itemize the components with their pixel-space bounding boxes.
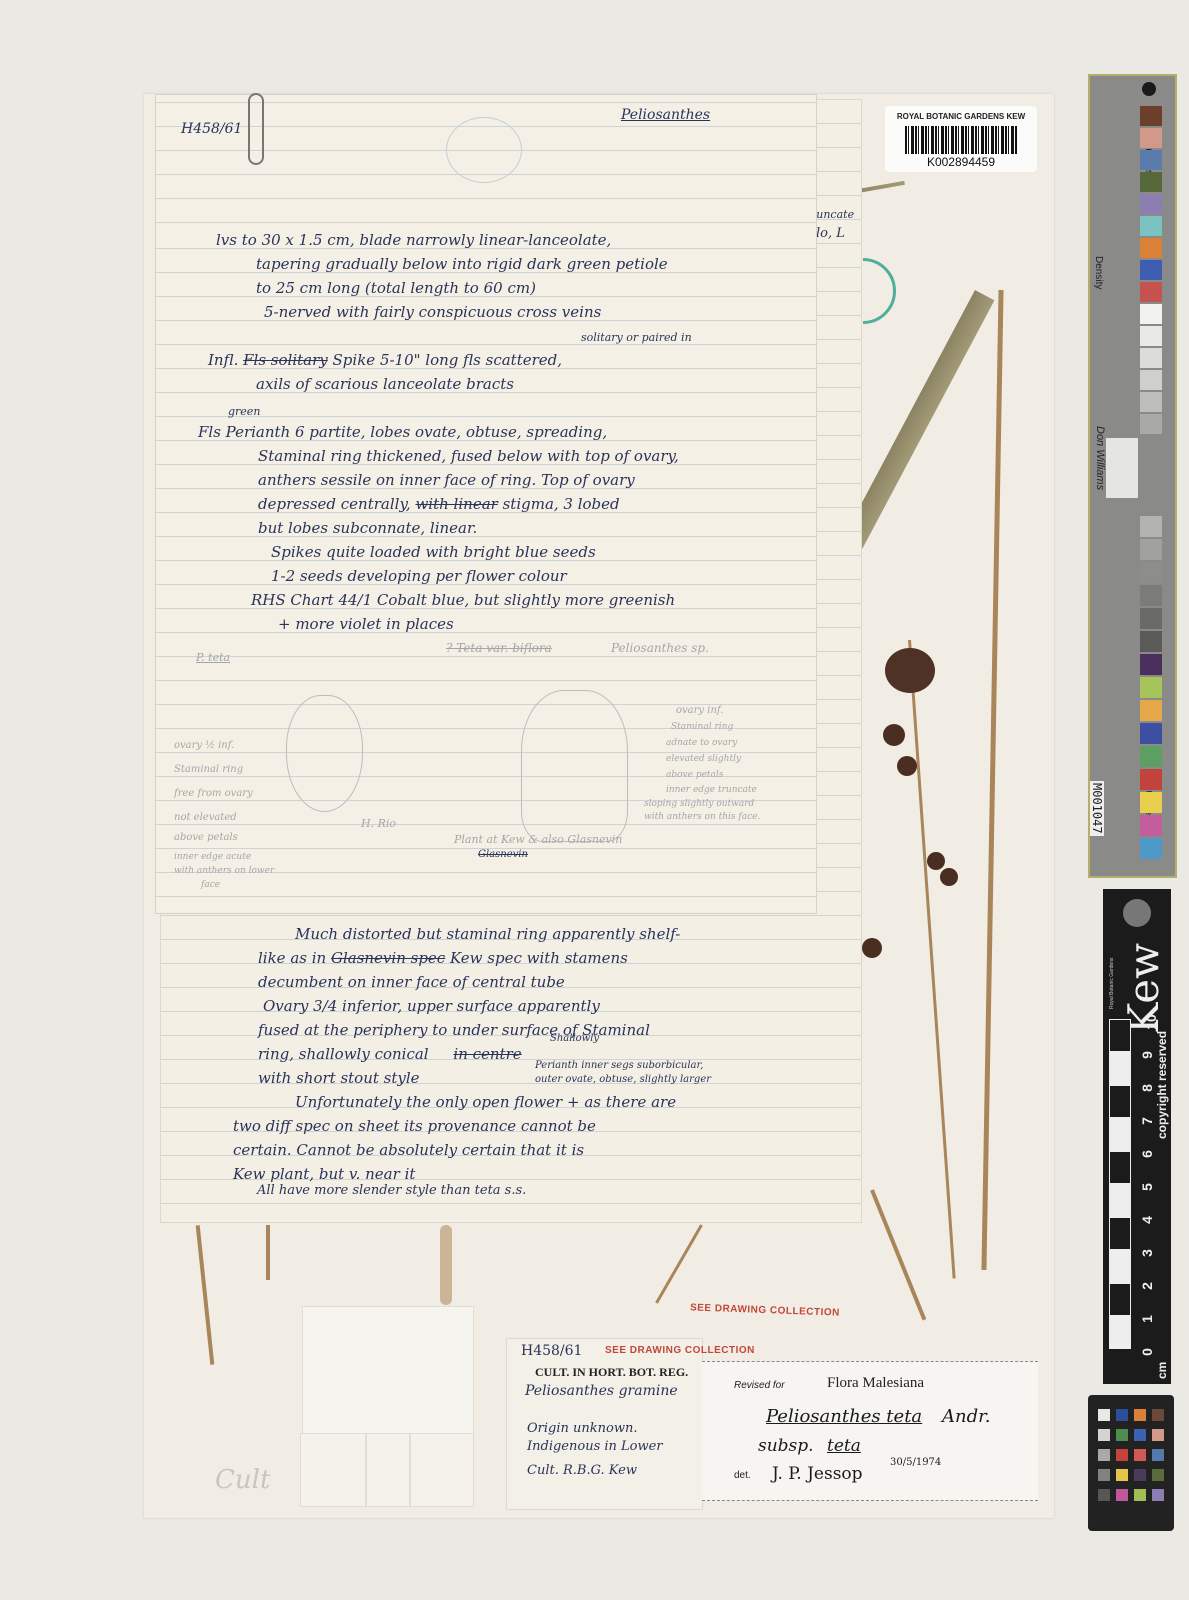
superscript-solitary: solitary or paired in xyxy=(581,331,692,344)
pencil-struck-teta: ? Teta var. biflora xyxy=(446,641,552,655)
label-accession: H458/61 xyxy=(521,1343,582,1359)
original-label: H458/61 SEE DRAWING COLLECTION CULT. IN … xyxy=(506,1338,703,1510)
pencil-line: inner edge truncate xyxy=(666,785,757,795)
checker-cell xyxy=(1098,1469,1110,1481)
color-swatch xyxy=(1140,792,1162,813)
gray-target xyxy=(1106,438,1138,498)
color-swatch xyxy=(1140,608,1162,629)
packet-flap xyxy=(410,1433,474,1507)
note-line: Unfortunately the only open flower + as … xyxy=(295,1093,676,1111)
seed-cluster xyxy=(885,648,935,693)
royal-crest-icon xyxy=(446,117,522,183)
ruler-number: 8 xyxy=(1139,1084,1155,1092)
checker-cell xyxy=(1116,1469,1128,1481)
revised-for-label: Revised for xyxy=(734,1380,785,1391)
pencil-line: inner edge acute xyxy=(174,852,251,862)
seed xyxy=(940,868,958,886)
ruler-number: 0 xyxy=(1139,1348,1155,1356)
perianth-note: outer ovate, obtuse, slightly larger xyxy=(535,1074,711,1085)
stigma-text: stigma, 3 lobed xyxy=(503,495,620,513)
note-line: + more violet in places xyxy=(278,615,454,633)
determination-label: Revised for Flora Malesiana Peliosanthes… xyxy=(702,1361,1038,1501)
flower-drawing-left xyxy=(286,695,363,812)
det-label: det. xyxy=(734,1470,751,1481)
note-line: RHS Chart 44/1 Cobalt blue, but slightly… xyxy=(251,591,675,609)
notes-sheet: H458/61 Peliosanthes lvs to 30 x 1.5 cm,… xyxy=(155,94,817,914)
barcode-label: ROYAL BOTANIC GARDENS KEW K002894459 xyxy=(885,106,1037,172)
struck-with-linear: with linear xyxy=(415,495,497,513)
color-swatch xyxy=(1140,562,1162,583)
depressed-text: depressed centrally, xyxy=(258,495,415,513)
note-line: Kew plant, but v. near it xyxy=(233,1165,415,1183)
label-indigenous: Indigenous in Lower xyxy=(527,1439,663,1454)
cm-label: cm xyxy=(1155,1362,1169,1379)
color-swatch xyxy=(1140,150,1162,170)
note-line: anthers sessile on inner face of ring. T… xyxy=(258,471,635,489)
determiner-name: J. P. Jessop xyxy=(772,1464,863,1484)
pencil-h-rio: H. Rio xyxy=(361,817,396,830)
label-see-drawing-stamp: SEE DRAWING COLLECTION xyxy=(605,1345,755,1356)
pencil-line: Staminal ring xyxy=(174,764,243,775)
note-line: Ovary 3/4 inferior, upper surface appare… xyxy=(263,997,600,1015)
perianth-note: Perianth inner segs suborbicular, xyxy=(535,1060,703,1071)
pencil-line: sloping slightly outward xyxy=(644,799,754,809)
note-line: with short stout style xyxy=(258,1069,420,1087)
ruler-segment xyxy=(1109,1316,1131,1349)
checker-cell xyxy=(1116,1449,1128,1461)
kew-spec-text: Kew spec with stamens xyxy=(450,949,628,967)
subsp-name: teta xyxy=(827,1436,861,1456)
accession-number: H458/61 xyxy=(181,121,242,137)
note-line: two diff spec on sheet its provenance ca… xyxy=(233,1117,596,1135)
pencil-line: above petals xyxy=(666,770,723,780)
kew-scale-ruler: Kew Royal Botanic Gardens copyright rese… xyxy=(1103,889,1171,1384)
color-swatch xyxy=(1140,238,1162,258)
taxon-name: Peliosanthes teta xyxy=(766,1406,922,1427)
pencil-line: Staminal ring xyxy=(671,722,733,732)
pencil-line: ovary inf. xyxy=(676,705,723,716)
note-line: like as in Glasnevin spec Kew spec with … xyxy=(258,949,628,967)
checker-cell xyxy=(1098,1429,1110,1441)
color-swatch xyxy=(1140,539,1162,560)
superscript-green: green xyxy=(228,405,260,418)
label-printed-header: CULT. IN HORT. BOT. REG. xyxy=(535,1365,688,1380)
ruler-segment xyxy=(1109,1085,1131,1118)
infl-label: Infl. xyxy=(208,351,243,369)
color-swatch xyxy=(1140,723,1162,744)
taxon-author: Andr. xyxy=(942,1406,990,1427)
seed xyxy=(927,852,945,870)
ruler-number: 4 xyxy=(1139,1216,1155,1224)
color-swatch xyxy=(1140,128,1162,148)
color-swatch xyxy=(1140,516,1162,537)
color-swatch xyxy=(1140,815,1162,836)
note-line: Fls Perianth 6 partite, lobes ovate, obt… xyxy=(198,423,607,441)
note-line: axils of scarious lanceolate bracts xyxy=(256,375,514,393)
pencil-species: Peliosanthes sp. xyxy=(611,641,709,655)
color-swatch xyxy=(1140,392,1162,412)
institution-name: ROYAL BOTANIC GARDENS KEW xyxy=(885,112,1037,121)
ruler-number: 7 xyxy=(1139,1117,1155,1125)
barcode xyxy=(905,126,1017,154)
color-swatch xyxy=(1140,260,1162,280)
color-swatch xyxy=(1140,414,1162,434)
color-swatch xyxy=(1140,838,1162,859)
pencil-line: elevated slightly xyxy=(666,754,741,764)
side-fragment: runcate xyxy=(811,208,854,221)
checker-cell xyxy=(1152,1449,1164,1461)
pencil-plant-note: Plant at Kew & also Glasnevin xyxy=(454,833,622,846)
color-swatch xyxy=(1140,282,1162,302)
copyright-label: copyright reserved xyxy=(1155,1031,1169,1139)
superscript-shallowly: Shallowly xyxy=(550,1033,599,1044)
pencil-line: with anthers on lower xyxy=(174,866,274,876)
checker-cell xyxy=(1098,1489,1110,1501)
ruler-segment xyxy=(1109,1283,1131,1316)
checker-cell xyxy=(1134,1409,1146,1421)
pencil-p-teta: P. teta xyxy=(196,651,230,664)
note-line: but lobes subconnate, linear. xyxy=(258,519,477,537)
checker-cell xyxy=(1152,1469,1164,1481)
paperclip-icon xyxy=(248,93,264,165)
ruler-segment xyxy=(1109,1052,1131,1085)
note-line: Spikes quite loaded with bright blue see… xyxy=(271,543,596,561)
pencil-line: with anthers on this face. xyxy=(644,812,760,822)
fragment-packet xyxy=(302,1306,474,1435)
pencil-line: adnate to ovary xyxy=(666,738,737,748)
note-line: Infl. Fls solitary Spike 5-10" long fls … xyxy=(208,351,562,369)
struck-glasnevin: Glasnevin xyxy=(478,849,528,860)
note-line: lvs to 30 x 1.5 cm, blade narrowly linea… xyxy=(216,231,611,249)
color-swatch xyxy=(1140,194,1162,214)
brand-label: Don Williams xyxy=(1094,426,1106,490)
color-swatch xyxy=(1140,677,1162,698)
checker-cell xyxy=(1152,1429,1164,1441)
color-swatch xyxy=(1140,700,1162,721)
serial-label: M001047 xyxy=(1090,781,1104,836)
subsp-prefix: subsp. xyxy=(758,1436,814,1456)
ruler-segment xyxy=(1109,1151,1131,1184)
color-swatch xyxy=(1140,654,1162,675)
pencil-line: not elevated xyxy=(174,812,237,823)
ruler-number: 6 xyxy=(1139,1150,1155,1158)
ruler-number: 9 xyxy=(1139,1051,1155,1059)
label-origin: Origin unknown. xyxy=(527,1421,637,1436)
checker-cell xyxy=(1098,1409,1110,1421)
root-fiber xyxy=(440,1225,452,1305)
color-swatch xyxy=(1140,746,1162,767)
checker-cell xyxy=(1134,1429,1146,1441)
ruler-segment xyxy=(1109,1019,1131,1052)
color-swatch xyxy=(1140,348,1162,368)
kew-subtitle: Royal Botanic Gardens xyxy=(1109,958,1115,1009)
kew-crest-icon xyxy=(1123,899,1151,927)
note-line: ring, shallowly conical in centre xyxy=(258,1045,522,1063)
pencil-line: above petals xyxy=(174,832,238,843)
color-swatch xyxy=(1140,304,1162,324)
ruler-number: 3 xyxy=(1139,1249,1155,1257)
hole-icon xyxy=(1142,82,1156,96)
like-as-in: like as in xyxy=(258,949,331,967)
packet-flap xyxy=(300,1433,366,1507)
note-line: Staminal ring thickened, fused below wit… xyxy=(258,447,679,465)
ruler-segment xyxy=(1109,1217,1131,1250)
note-line: Much distorted but staminal ring apparen… xyxy=(295,925,680,943)
spike-text: Spike 5-10" long fls scattered, xyxy=(333,351,563,369)
checker-cell xyxy=(1152,1409,1164,1421)
checker-cell xyxy=(1098,1449,1110,1461)
flora-name: Flora Malesiana xyxy=(827,1375,924,1392)
flower-drawing-right xyxy=(521,690,628,842)
ring-text: ring, shallowly conical xyxy=(258,1045,429,1063)
ruler-number: 5 xyxy=(1139,1183,1155,1191)
barcode-number: K002894459 xyxy=(885,155,1037,169)
color-swatch xyxy=(1140,631,1162,652)
color-calibration-bar: inches Density Don Williams M001047 cent… xyxy=(1088,74,1177,878)
checker-cell xyxy=(1134,1469,1146,1481)
color-swatch xyxy=(1140,370,1162,390)
checker-cell xyxy=(1134,1489,1146,1501)
label-cult: Cult. R.B.G. Kew xyxy=(527,1463,637,1478)
ruler-number: 1 xyxy=(1139,1315,1155,1323)
note-line: to 25 cm long (total length to 60 cm) xyxy=(256,279,536,297)
color-checker xyxy=(1088,1395,1174,1531)
color-swatch xyxy=(1140,326,1162,346)
note-line: depressed centrally, with linear stigma,… xyxy=(258,495,620,513)
seed xyxy=(883,724,905,746)
side-fragment: lo, L xyxy=(816,226,845,241)
continuation-text: otherwise. Former dissected Much distort… xyxy=(155,900,855,1220)
checker-cell xyxy=(1152,1489,1164,1501)
checker-cell xyxy=(1116,1409,1128,1421)
ruler-number: 2 xyxy=(1139,1282,1155,1290)
color-swatch xyxy=(1140,106,1162,126)
seed xyxy=(897,756,917,776)
pencil-line: face xyxy=(201,880,220,890)
density-label: Density xyxy=(1093,256,1104,289)
pencil-line: free from ovary xyxy=(174,788,253,799)
struck-fls-solitary: Fls solitary xyxy=(243,351,328,369)
determination-date: 30/5/1974 xyxy=(890,1457,941,1468)
note-line: decumbent on inner face of central tube xyxy=(258,973,565,991)
note-line: 5-nerved with fairly conspicuous cross v… xyxy=(264,303,601,321)
genus-heading: Peliosanthes xyxy=(621,107,710,123)
checker-cell xyxy=(1116,1489,1128,1501)
ruler-segment xyxy=(1109,1250,1131,1283)
color-swatch xyxy=(1140,172,1162,192)
color-swatch xyxy=(1140,769,1162,790)
checker-cell xyxy=(1134,1449,1146,1461)
pencil-line: ovary ½ inf. xyxy=(174,740,234,751)
seed xyxy=(862,938,882,958)
ruler-segment xyxy=(1109,1118,1131,1151)
packet-flap xyxy=(366,1433,410,1507)
pencil-cult: Cult xyxy=(215,1465,270,1495)
label-name: Peliosanthes gramine xyxy=(525,1383,678,1399)
note-line: 1-2 seeds developing per flower colour xyxy=(271,567,567,585)
color-swatch xyxy=(1140,216,1162,236)
struck-glasnevin-spec: Glasnevin spec xyxy=(331,949,445,967)
note-line: certain. Cannot be absolutely certain th… xyxy=(233,1141,584,1159)
color-swatch xyxy=(1140,585,1162,606)
note-line: All have more slender style than teta s.… xyxy=(257,1183,526,1198)
petiole-lower xyxy=(266,1225,270,1280)
note-line: tapering gradually below into rigid dark… xyxy=(256,255,668,273)
ruler-number: 10 xyxy=(1143,1014,1159,1030)
ruler-segment xyxy=(1109,1184,1131,1217)
checker-cell xyxy=(1116,1429,1128,1441)
struck-in-centre: in centre xyxy=(453,1045,521,1063)
